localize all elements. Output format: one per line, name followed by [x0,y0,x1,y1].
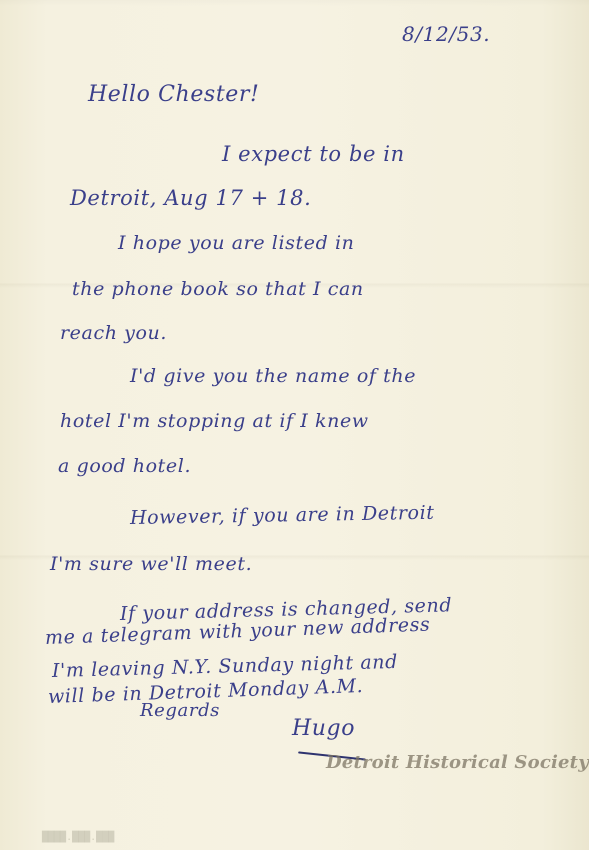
body-line: I hope you are listed in [118,232,355,254]
accession-number: ████.███.███ [42,832,114,843]
closing: Regards [140,700,220,721]
body-line: I expect to be in [222,142,405,166]
watermark: Detroit Historical Society [326,752,589,773]
signature: Hugo [292,716,355,741]
body-line: However, if you are in Detroit [130,502,435,529]
letter-date: 8/12/53. [402,22,490,46]
body-line: Detroit, Aug 17 + 18. [70,186,311,210]
body-line: I'd give you the name of the [130,365,416,387]
body-line: a good hotel. [58,455,191,477]
salutation: Hello Chester! [88,82,259,107]
letter-page: 8/12/53. Hello Chester! I expect to be i… [0,0,589,850]
body-line: I'm sure we'll meet. [50,553,252,575]
body-line: reach you. [60,322,167,344]
body-line: hotel I'm stopping at if I knew [60,410,369,432]
body-line: the phone book so that I can [72,278,364,300]
